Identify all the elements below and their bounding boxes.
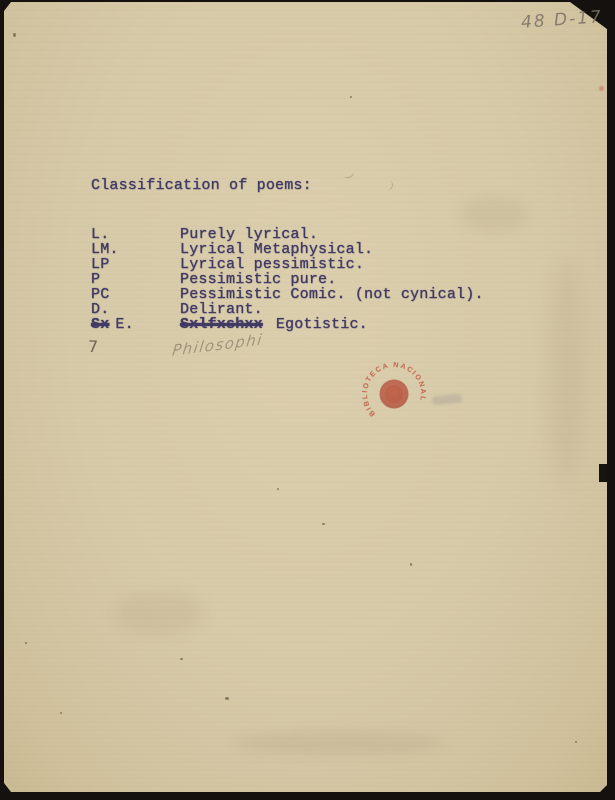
classification-row: PPessimistic pure. [91, 271, 484, 286]
red-speck [599, 86, 604, 91]
code-text: E. [115, 316, 133, 333]
poem-description: SxlfxshxxEgotistic. [180, 316, 368, 333]
poem-code: D. [91, 302, 180, 317]
pencil-scribble [381, 179, 394, 191]
paper-speck [25, 642, 27, 644]
poem-code: SxE. [91, 317, 180, 332]
paper-speck [60, 712, 62, 714]
classification-row: L.Purely lyrical. [91, 226, 484, 241]
paper-stain [234, 732, 444, 754]
paper-speck [350, 96, 352, 98]
library-stamp: BIBLIOTECA NACIONAL [324, 324, 463, 463]
struck-word: Sxlfxshxx [180, 316, 263, 333]
paper-speck [410, 563, 412, 566]
paper-speck [13, 33, 16, 37]
struck-code: Sx [91, 316, 109, 333]
paper-stain [114, 592, 204, 634]
classification-row: LM.Lyrical Metaphysical. [91, 241, 484, 256]
scan-edge-notch [599, 464, 607, 482]
paper-sheet [4, 2, 607, 792]
poem-code: PC [91, 287, 180, 302]
classification-row: LPLyrical pessimistic. [91, 256, 484, 271]
paper-speck [575, 741, 577, 743]
classification-row: PCPessimistic Comic. (not cynical). [91, 286, 484, 301]
poem-code: LP [91, 257, 180, 272]
paper-speck [180, 658, 183, 660]
description-text: Egotistic. [276, 316, 368, 333]
classification-row: D.Delirant. [91, 301, 484, 316]
paper-speck [225, 697, 229, 700]
poem-code: LM. [91, 242, 180, 257]
poem-code: P [91, 272, 180, 287]
classification-list: L.Purely lyrical. LM.Lyrical Metaphysica… [91, 226, 484, 331]
paper-speck [277, 488, 279, 490]
paper-speck [322, 523, 325, 525]
pencil-scribble [340, 166, 355, 180]
paper-stain [549, 262, 583, 482]
page-title: Classification of poems: [91, 177, 312, 194]
scanned-page: Classification of poems: L.Purely lyrica… [0, 0, 615, 800]
paper-texture [4, 2, 607, 792]
poem-code: L. [91, 227, 180, 242]
